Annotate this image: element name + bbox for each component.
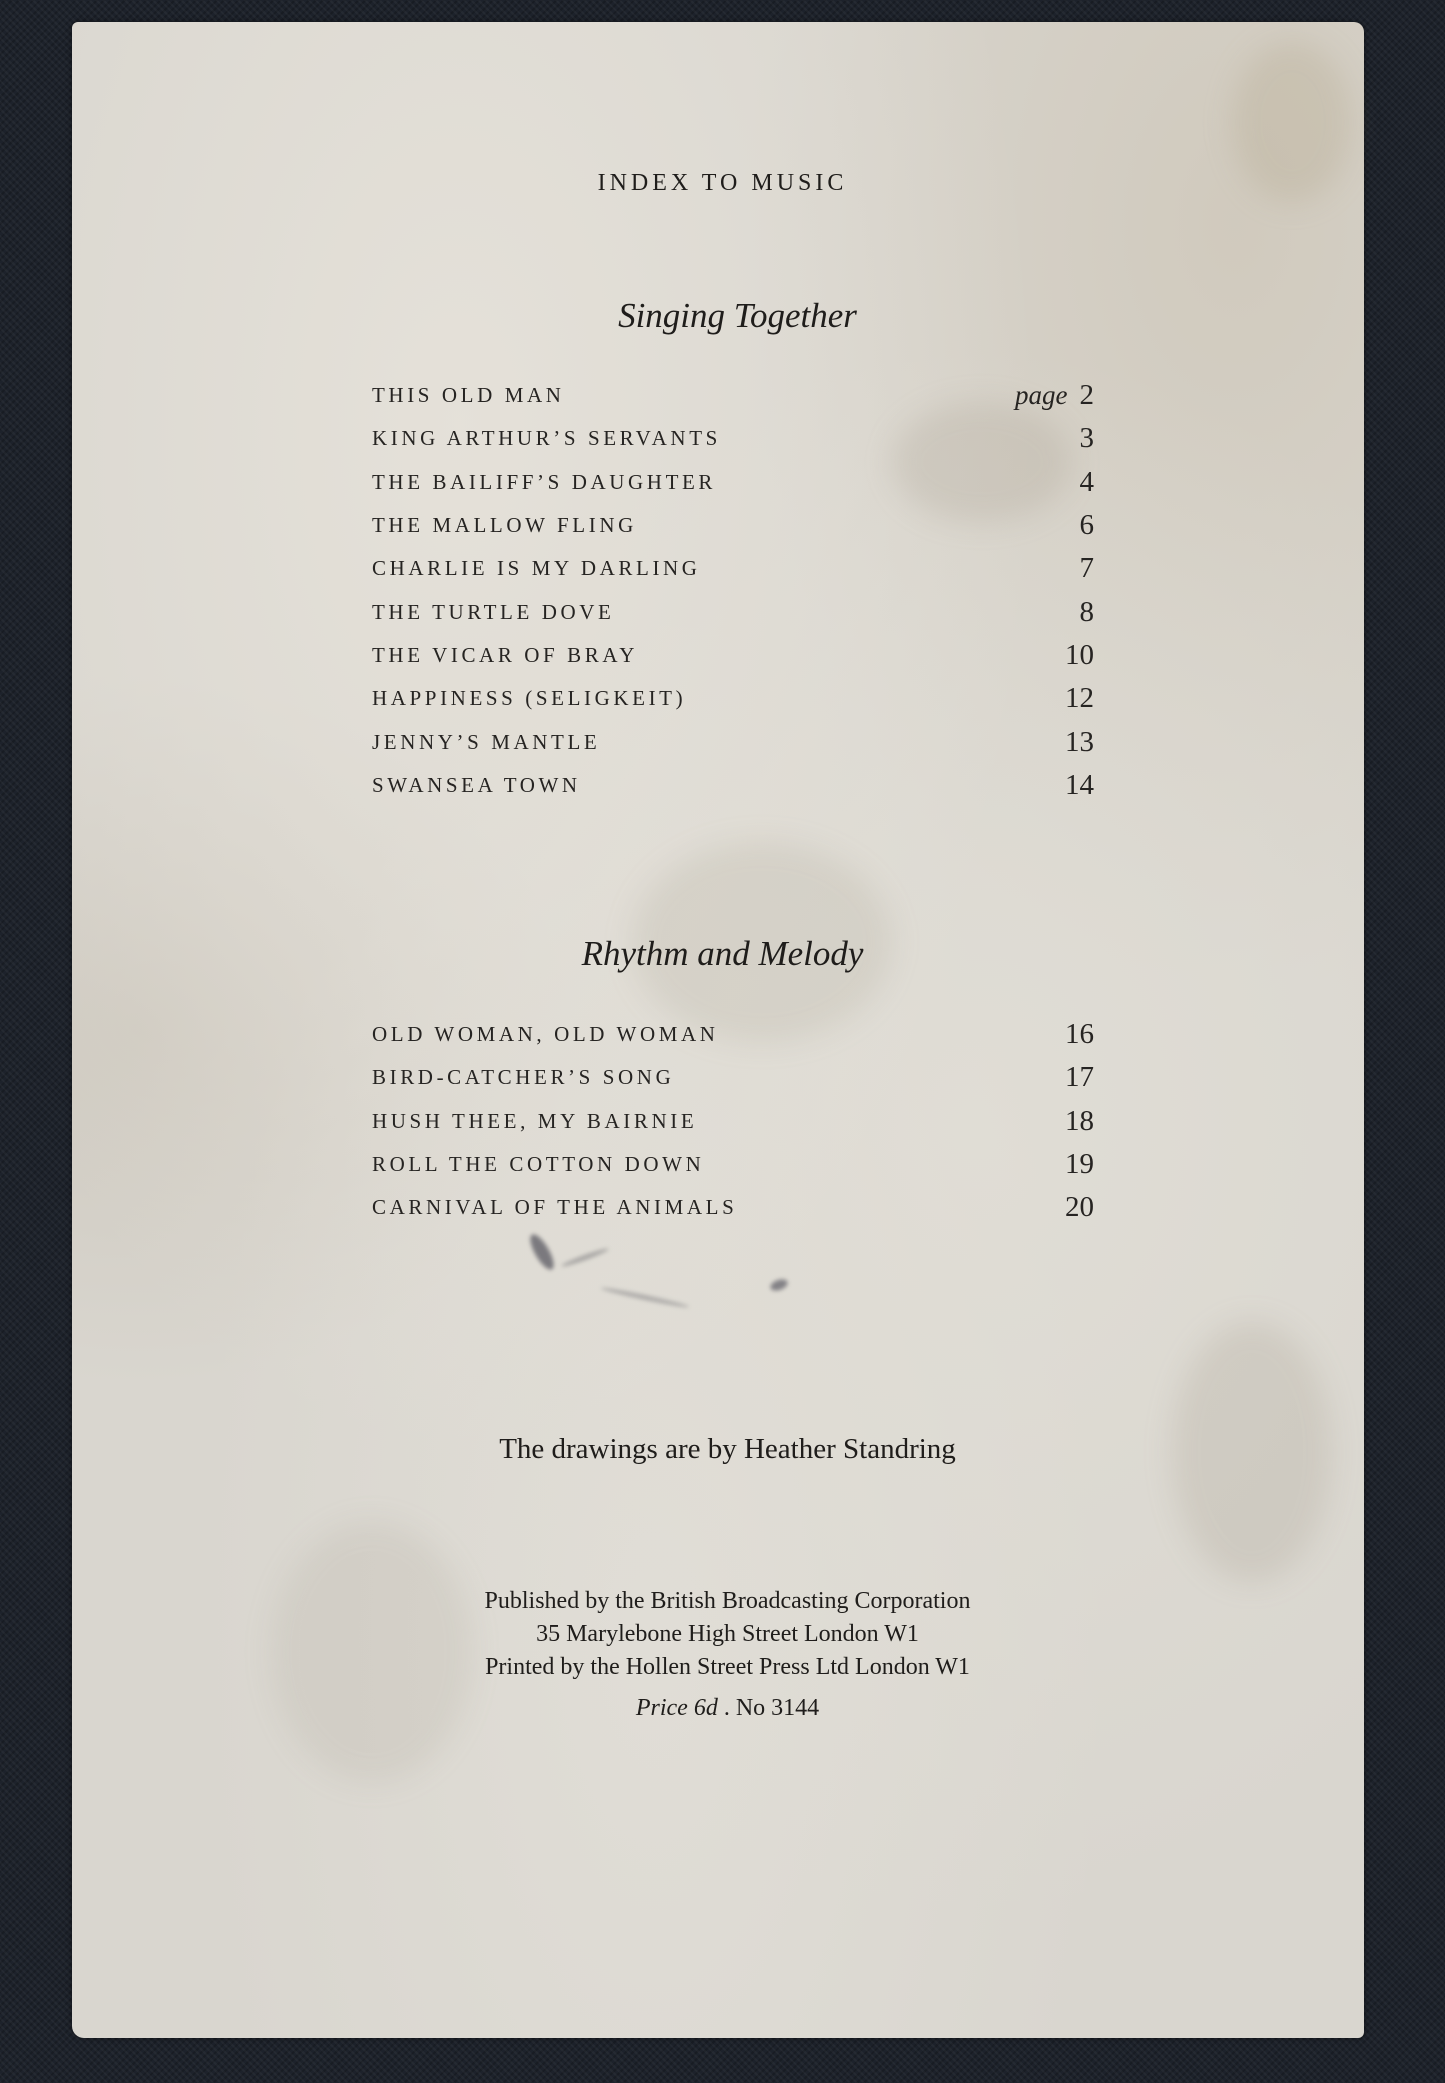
page-number: 19 (1065, 1148, 1094, 1181)
page-number: 4 (1080, 466, 1095, 499)
price-value: 6d (694, 1695, 718, 1721)
song-title: HAPPINESS (SELIGKEIT) (372, 686, 686, 711)
song-title: OLD WOMAN, OLD WOMAN (372, 1022, 719, 1047)
page-number: page2 (1015, 379, 1094, 412)
list-item: THE VICAR OF BRAY 10 (372, 634, 1094, 677)
address-line: 35 Marylebone High Street London W1 (10, 1618, 1445, 1651)
page-number: 18 (1065, 1105, 1094, 1138)
song-title: CHARLIE IS MY DARLING (372, 556, 701, 581)
page-number: 12 (1065, 682, 1094, 715)
list-item: OLD WOMAN, OLD WOMAN 16 (372, 1013, 1094, 1056)
page-number: 20 (1065, 1191, 1094, 1224)
page-number: 3 (1080, 422, 1095, 455)
song-title: HUSH THEE, MY BAIRNIE (372, 1109, 697, 1134)
page-number: 8 (1080, 596, 1095, 629)
list-item: SWANSEA TOWN 14 (372, 764, 1094, 807)
publisher-line: Published by the British Broadcasting Co… (10, 1585, 1445, 1618)
song-title: THIS OLD MAN (372, 383, 565, 408)
price-line: Price 6d . No 3144 (0, 1695, 1445, 1722)
list-item: KING ARTHUR’S SERVANTS 3 (372, 417, 1094, 460)
page-number: 7 (1080, 552, 1095, 585)
song-title: KING ARTHUR’S SERVANTS (372, 426, 721, 451)
publisher-block: Published by the British Broadcasting Co… (0, 1585, 1445, 1684)
list-item: HUSH THEE, MY BAIRNIE 18 (372, 1100, 1094, 1143)
song-title: BIRD-CATCHER’S SONG (372, 1065, 674, 1090)
price-separator: . (724, 1695, 730, 1721)
song-title: ROLL THE COTTON DOWN (372, 1152, 704, 1177)
song-title: CARNIVAL OF THE ANIMALS (372, 1195, 737, 1220)
page-number: 16 (1065, 1018, 1094, 1051)
list-item: THE BAILIFF’S DAUGHTER 4 (372, 461, 1094, 504)
song-title: SWANSEA TOWN (372, 773, 581, 798)
list-item: THE TURTLE DOVE 8 (372, 590, 1094, 633)
list-item: JENNY’S MANTLE 13 (372, 720, 1094, 763)
section-title-rhythm-and-melody: Rhythm and Melody (0, 934, 1445, 974)
price-label: Price (636, 1695, 688, 1721)
illustration-credit: The drawings are by Heather Standring (0, 1433, 1445, 1466)
page-number: 6 (1080, 509, 1095, 542)
page-label: page (1015, 380, 1067, 410)
page-value: 2 (1080, 379, 1095, 411)
song-title: THE MALLOW FLING (372, 513, 637, 538)
page-number: 14 (1065, 769, 1094, 802)
page-number: 10 (1065, 639, 1094, 672)
list-item: HAPPINESS (SELIGKEIT) 12 (372, 677, 1094, 720)
song-title: THE VICAR OF BRAY (372, 643, 638, 668)
list-item: THIS OLD MAN page2 (372, 374, 1094, 417)
list-item: THE MALLOW FLING 6 (372, 504, 1094, 547)
list-item: BIRD-CATCHER’S SONG 17 (372, 1056, 1094, 1099)
catalogue-number: No 3144 (736, 1695, 819, 1721)
index-title: INDEX TO MUSIC (0, 170, 1445, 197)
list-item: CARNIVAL OF THE ANIMALS 20 (372, 1186, 1094, 1229)
page-number: 17 (1065, 1061, 1094, 1094)
list-item: ROLL THE COTTON DOWN 19 (372, 1143, 1094, 1186)
list-item: CHARLIE IS MY DARLING 7 (372, 547, 1094, 590)
song-title: THE BAILIFF’S DAUGHTER (372, 470, 716, 495)
printer-line: Printed by the Hollen Street Press Ltd L… (10, 1651, 1445, 1684)
song-list-singing-together: THIS OLD MAN page2 KING ARTHUR’S SERVANT… (372, 374, 1094, 807)
song-title: JENNY’S MANTLE (372, 730, 600, 755)
song-list-rhythm-and-melody: OLD WOMAN, OLD WOMAN 16 BIRD-CATCHER’S S… (372, 1013, 1094, 1229)
song-title: THE TURTLE DOVE (372, 600, 615, 625)
page-number: 13 (1065, 726, 1094, 759)
section-title-singing-together: Singing Together (15, 296, 1445, 336)
